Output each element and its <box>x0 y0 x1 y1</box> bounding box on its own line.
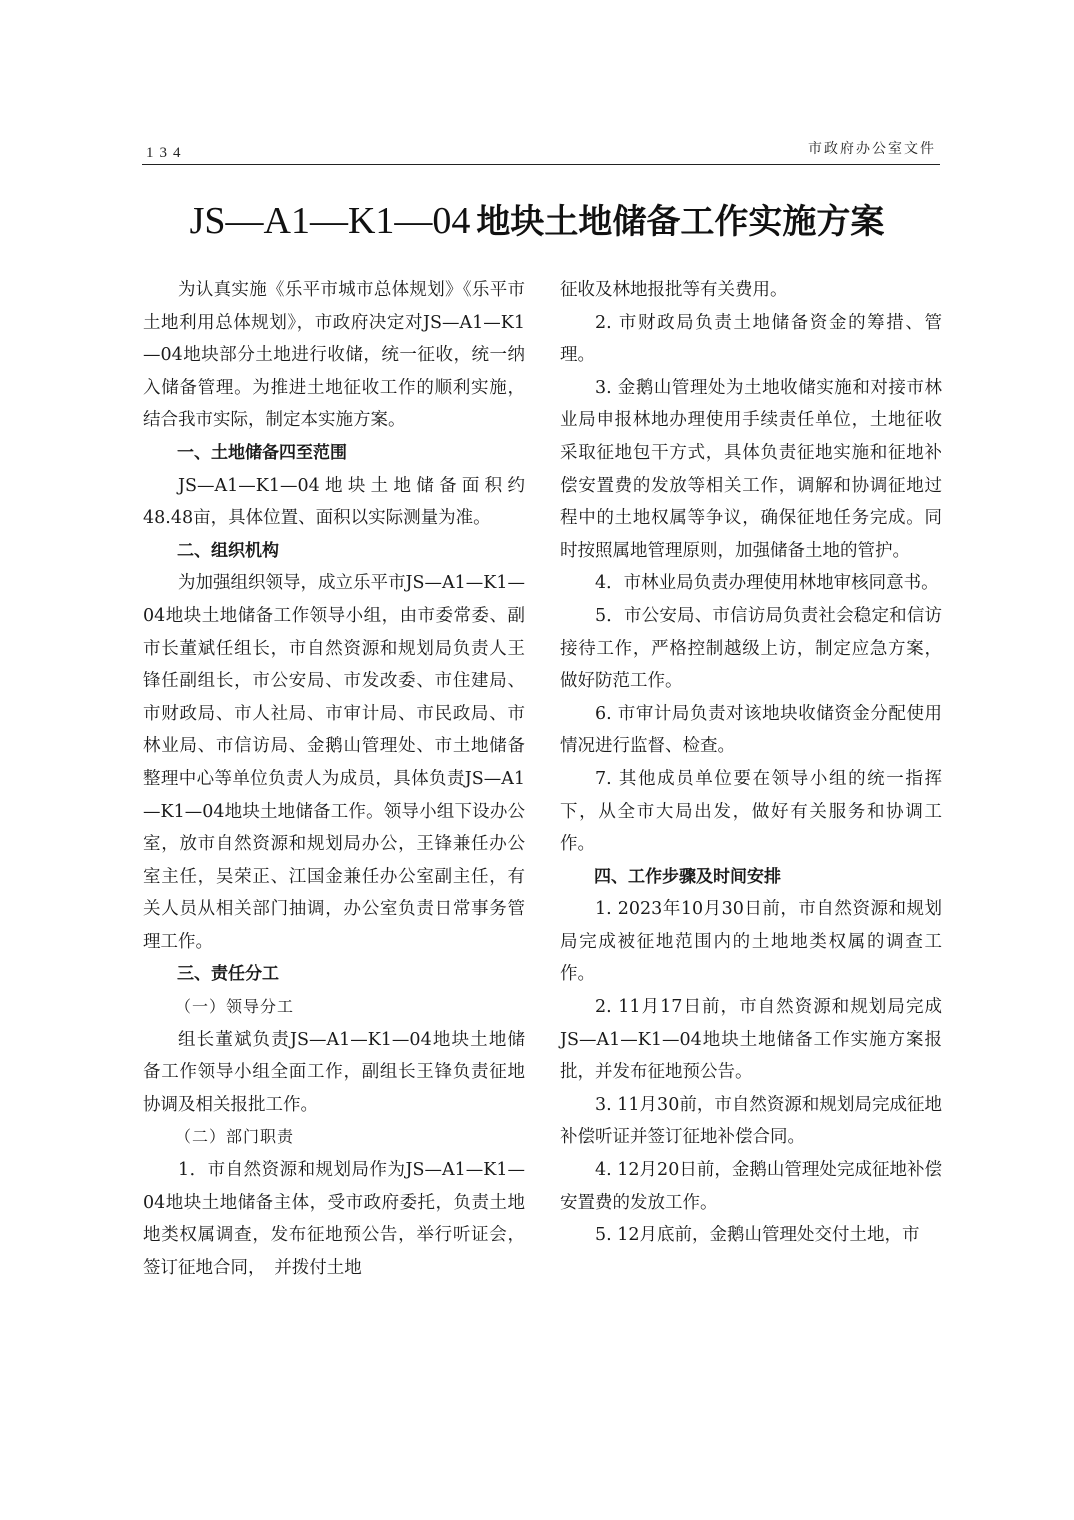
duty-item-2: 2. 市财政局负责土地储备资金的筹措、管理。 <box>560 307 942 372</box>
duty-item-7: 7. 其他成员单位要在领导小组的统一指挥下，从全市大局出发，做好有关服务和协调工… <box>560 763 942 861</box>
scope-paragraph: JS—A1—K1—04地块土地储备面积约48.48亩，具体位置、面积以实际测量为… <box>143 470 525 535</box>
left-column: 为认真实施《乐平市城市总体规划》《乐平市土地利用总体规划》，市政府决定对JS—A… <box>143 274 525 1284</box>
section-heading-responsibilities: 三、责任分工 <box>143 958 525 991</box>
subheading-leadership: （一）领导分工 <box>143 991 525 1024</box>
duty-item-1: 1．市自然资源和规划局作为JS—A1—K1—04地块土地储备主体，受市政府委托，… <box>143 1154 525 1284</box>
schedule-step-2: 2. 11月17日前，市自然资源和规划局完成JS—A1—K1—04地块土地储备工… <box>560 991 942 1089</box>
schedule-step-4: 4. 12月20日前，金鹅山管理处完成征地补偿安置费的发放工作。 <box>560 1154 942 1219</box>
duty-item-5: 5．市公安局、市信访局负责社会稳定和信访接待工作，严格控制越级上访，制定应急方案… <box>560 600 942 698</box>
section-heading-scope: 一、土地储备四至范围 <box>143 437 525 470</box>
section-heading-organization: 二、组织机构 <box>143 535 525 568</box>
subheading-department-duties: （二）部门职责 <box>143 1121 525 1154</box>
schedule-step-5: 5. 12月底前，金鹅山管理处交付土地，市 <box>560 1219 942 1252</box>
duty-item-3: 3. 金鹅山管理处为土地收储实施和对接市林业局申报林地办理使用手续责任单位，土地… <box>560 372 942 568</box>
duty-item-4: 4．市林业局负责办理使用林地审核同意书。 <box>560 567 942 600</box>
intro-paragraph: 为认真实施《乐平市城市总体规划》《乐平市土地利用总体规划》，市政府决定对JS—A… <box>143 274 525 437</box>
organization-paragraph: 为加强组织领导，成立乐平市JS—A1—K1—04地块土地储备工作领导小组，由市委… <box>143 567 525 958</box>
title-code: JS—A1—K1—04 <box>190 200 471 242</box>
schedule-step-1: 1. 2023年10月30日前，市自然资源和规划局完成被征地范围内的土地地类权属… <box>560 893 942 991</box>
title-text: 地块土地储备工作实施方案 <box>476 202 884 242</box>
document-title: JS—A1—K1—04地块土地储备工作实施方案 <box>0 196 1074 247</box>
right-column: 征收及林地报批等有关费用。 2. 市财政局负责土地储备资金的筹措、管理。 3. … <box>560 274 942 1252</box>
schedule-step-3: 3. 11月30前，市自然资源和规划局完成征地补偿听证并签订征地补偿合同。 <box>560 1089 942 1154</box>
page-number: 134 <box>146 145 187 162</box>
duty-item-1-continued: 征收及林地报批等有关费用。 <box>560 274 942 307</box>
section-heading-schedule: 四、工作步骤及时间安排 <box>560 861 942 894</box>
page-header: 134 市政府办公室文件 <box>142 138 940 165</box>
running-head: 市政府办公室文件 <box>808 138 936 158</box>
duty-item-6: 6. 市审计局负责对该地块收储资金分配使用情况进行监督、检查。 <box>560 698 942 763</box>
leadership-paragraph: 组长董斌负责JS—A1—K1—04地块土地储备工作领导小组全面工作，副组长王锋负… <box>143 1024 525 1122</box>
